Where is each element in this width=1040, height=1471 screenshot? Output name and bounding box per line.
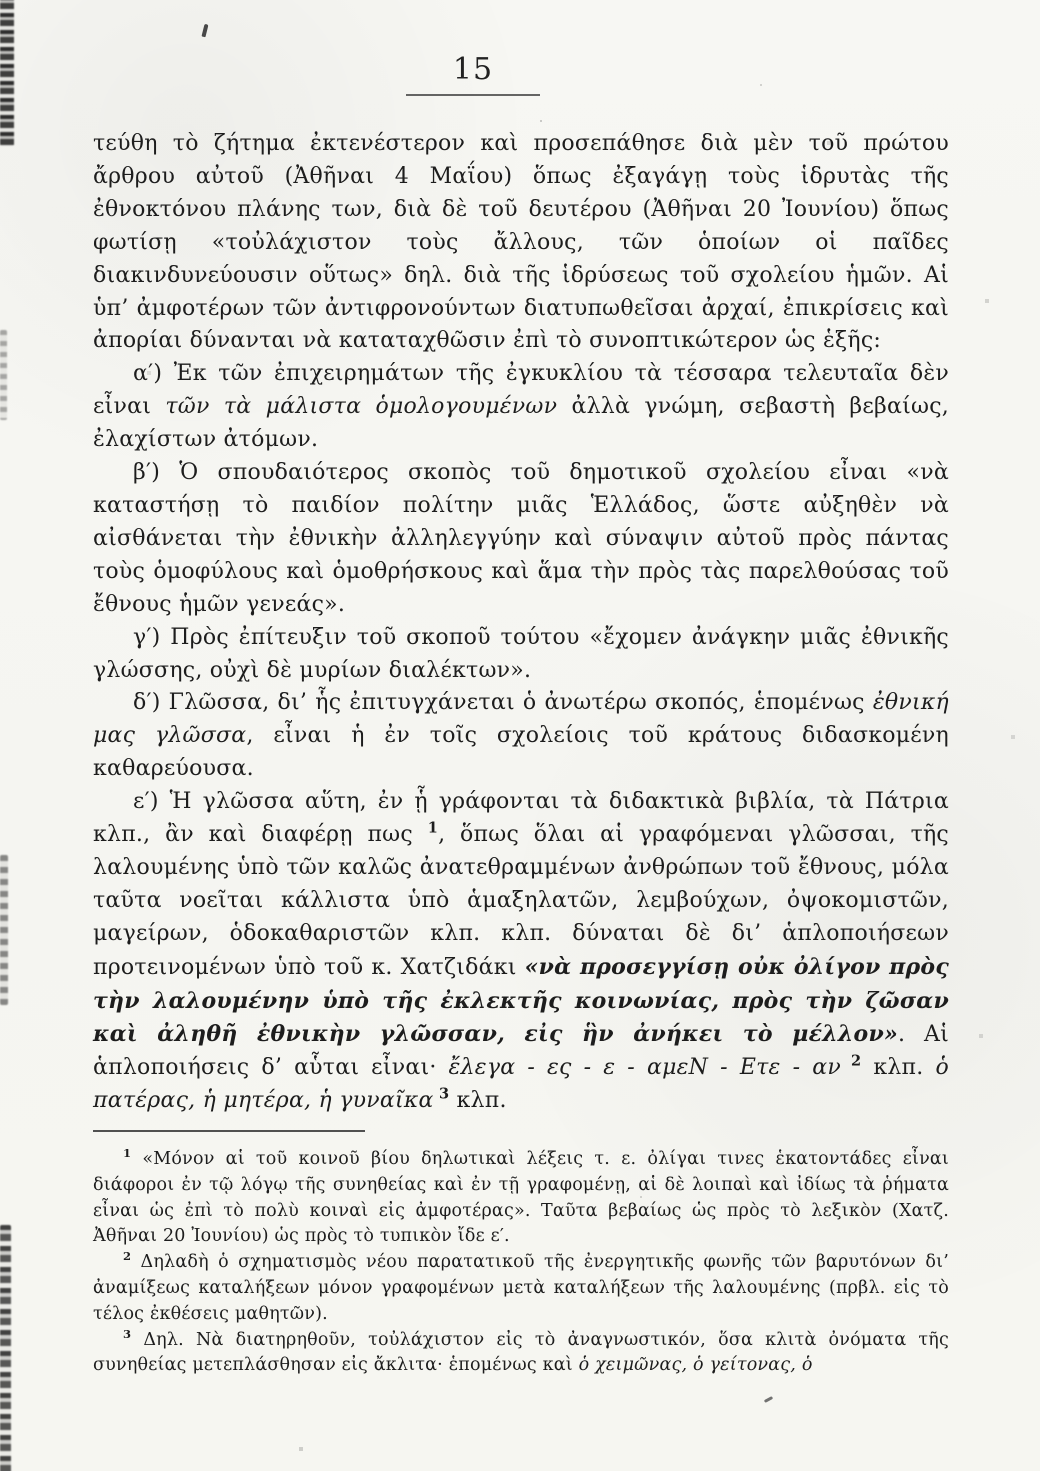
- text-run-sup: 3: [123, 1327, 131, 1341]
- body-paragraph: τεύθη τὸ ζήτημα ἐκτενέστερον καὶ προσεπά…: [93, 128, 949, 358]
- scanned-page: 15 τεύθη τὸ ζήτημα ἐκτενέστερον καὶ προσ…: [0, 0, 1040, 1471]
- text-run-sup: 2: [123, 1249, 131, 1263]
- footnote: 2 Δηλαδὴ ὁ σχηματισμὸς νέου παρατατικοῦ …: [93, 1250, 949, 1327]
- scan-artifact-left-edge-middle: [0, 855, 8, 1005]
- scan-artifact-left-edge-upper: [0, 330, 7, 420]
- text-run-sup: 1: [123, 1146, 131, 1160]
- text-run-normal: δ′) Γλῶσσα, δι’ ἧς ἐπιτυγχάνεται ὁ ἀνωτέ…: [133, 690, 873, 715]
- body-paragraph: δ′) Γλῶσσα, δι’ ἧς ἐπιτυγχάνεται ὁ ἀνωτέ…: [93, 687, 949, 786]
- text-run-normal: κλπ.: [449, 1088, 506, 1113]
- footnote: 1 «Μόνον αἱ τοῦ κοινοῦ βίου δηλωτικαὶ λέ…: [93, 1147, 949, 1250]
- text-run-italic: ἔλεγα - ες - ε - αμεΝ - Ετε - αν: [449, 1055, 841, 1080]
- text-run-normal: Δηλαδὴ ὁ σχηματισμὸς νέου παρατατικοῦ τῆ…: [93, 1252, 949, 1324]
- scan-artifact-left-edge-bottom: [0, 1225, 11, 1471]
- text-run-italic: τῶν τὰ μάλιστα ὁμολογουμένων: [165, 394, 557, 419]
- text-run-sup: 1: [428, 820, 438, 837]
- body-paragraph: ε′) Ἡ γλῶσσα αὕτη, ἐν ᾗ γράφονται τὰ διδ…: [93, 786, 949, 1118]
- text-run-italic: ὁ χειμῶνας, ὁ γείτονας, ὁ: [579, 1355, 813, 1375]
- main-text: τεύθη τὸ ζήτημα ἐκτενέστερον καὶ προσεπά…: [93, 128, 949, 1118]
- text-run-normal: «Μόνον αἱ τοῦ κοινοῦ βίου δηλωτικαὶ λέξε…: [93, 1149, 949, 1246]
- footnotes: 1 «Μόνον αἱ τοῦ κοινοῦ βίου δηλωτικαὶ λέ…: [93, 1147, 949, 1379]
- scan-specks: [0, 0, 2, 2]
- footnote-separator: [93, 1130, 365, 1132]
- text-run-normal: Δηλ. Νὰ διατηρηθοῦν, τοὐλάχιστον εἰς τὸ …: [93, 1330, 949, 1376]
- text-run-sup: 3: [434, 1086, 450, 1103]
- text-run-normal: β′) Ὁ σπουδαιότερος σκοπὸς τοῦ δημοτικοῦ…: [93, 460, 949, 617]
- body-paragraph: γ′) Πρὸς ἐπίτευξιν τοῦ σκοποῦ τούτου «ἔχ…: [93, 622, 949, 688]
- scan-stray-mark-top: [201, 24, 208, 38]
- scan-artifact-left-edge-top: [0, 0, 14, 146]
- text-run-normal: τεύθη τὸ ζήτημα ἐκτενέστερον καὶ προσεπά…: [93, 131, 949, 353]
- text-run-sup: 2: [841, 1053, 861, 1070]
- body-paragraph: α′) Ἐκ τῶν ἐπιχειρημάτων τῆς ἐγκυκλίου τ…: [93, 358, 949, 457]
- text-run-normal: γ′) Πρὸς ἐπίτευξιν τοῦ σκοποῦ τούτου «ἔχ…: [93, 625, 949, 683]
- body-paragraph: β′) Ὁ σπουδαιότερος σκοπὸς τοῦ δημοτικοῦ…: [93, 457, 949, 622]
- text-run-normal: κλπ.: [861, 1055, 935, 1080]
- footnote: 3 Δηλ. Νὰ διατηρηθοῦν, τοὐλάχιστον εἰς τ…: [93, 1328, 949, 1380]
- scan-stray-mark-bottom: [764, 1396, 773, 1403]
- page-number: 15: [406, 52, 540, 96]
